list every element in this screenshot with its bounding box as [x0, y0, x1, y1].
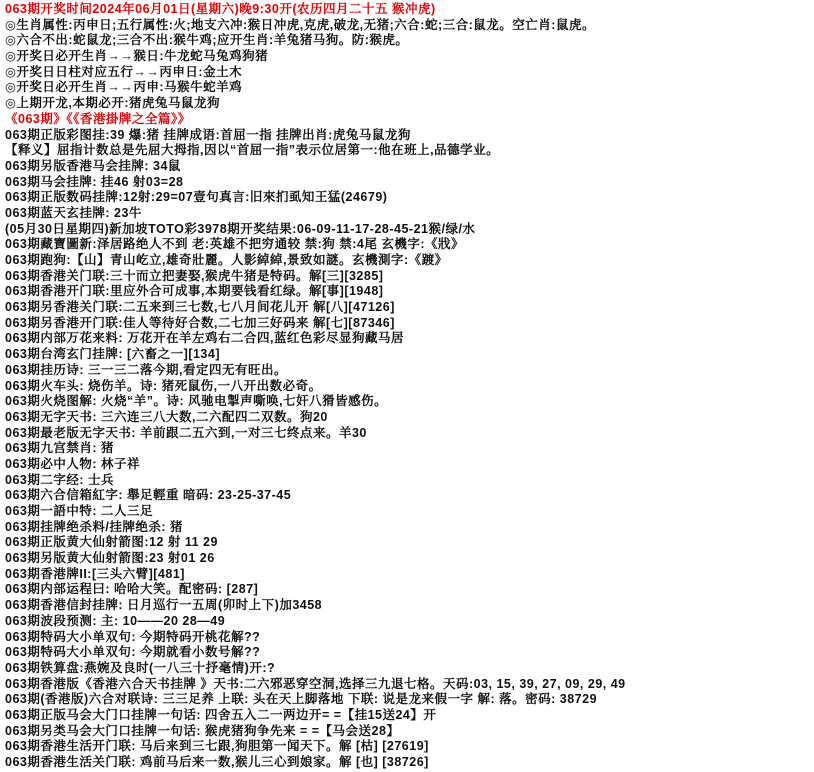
text-line: 063期香港版《香港六合天书挂牌 》天书:二六邪恶穿空洞,选择三九退七格。天码:… — [5, 677, 814, 693]
text-line: 063期藏寶圖新:泽居路绝人不到 老:英雄不把穷通较 禁:狗 禁:4尾 玄機字:… — [5, 237, 814, 253]
text-line: 063期另版香港马会挂牌: 34鼠 — [5, 159, 814, 175]
text-line: 063期必中人物: 林子祥 — [5, 457, 814, 473]
text-line: 063期正版马会大门口挂牌一句话: 四舍五入二一两边开= =【挂15送24】开 — [5, 708, 814, 724]
text-line: 063期内部万花来料: 万花开在羊左鸡右二合四,蓝红色彩尽显狗藏马居 — [5, 331, 814, 347]
text-line: 063期九宫禁肖: 猪 — [5, 441, 814, 457]
text-line: 063期挂牌绝杀料/挂牌绝杀: 猪 — [5, 520, 814, 536]
text-line: 063期正版彩图挂:39 爆:猪 挂牌成语:首屈一指 挂牌出肖:虎兔马鼠龙狗 — [5, 128, 814, 144]
text-line: 063期台湾玄门挂牌: [六畜之一][134] — [5, 347, 814, 363]
text-line: 063期无字天书: 三六连三八大数,二六配四二双数。狗20 — [5, 410, 814, 426]
text-line: ◎开奖日必开生肖→→丙申:马猴牛蛇羊鸡 — [5, 80, 814, 96]
text-line: 063期另版黄大仙射箭图:23 射01 26 — [5, 551, 814, 567]
text-line: ◎开奖日必开生肖→→猴日:牛龙蛇马兔鸡狗猪 — [5, 49, 814, 65]
text-line: 【释义】屈指计数总是先屈大拇指,因以“首屈一指”表示位居第一:他在班上,品德学业… — [5, 143, 814, 159]
text-line: 063期另香港关门联:二五来到三七数,七八月间花儿开 解[八][47126] — [5, 300, 814, 316]
text-line: 063期正版黄大仙射箭图:12 射 11 29 — [5, 535, 814, 551]
text-line: 063期二字经: 士兵 — [5, 473, 814, 489]
text-line: 063期正版数码挂牌:12射:29=07壹句真言:旧來扪虱知王猛(24679) — [5, 190, 814, 206]
text-line: 063期跑狗:【山】青山屹立,雄奇壯麗。人影綽綽,景致如謎。玄機測字:《踱》 — [5, 253, 814, 269]
text-line: 063期特码大小单双句: 今期就看小数号解?? — [5, 645, 814, 661]
lottery-info-document: 063期开奖时间2024年06月01日(星期六)晚9:30开(农历四月二十五 猴… — [0, 0, 814, 772]
text-line: 063期马会挂牌: 挂46 射03=28 — [5, 175, 814, 191]
text-line: 063期蓝天玄挂牌: 23牛 — [5, 206, 814, 222]
text-line: 063期香港信封挂牌: 日月巡行一五周(卯时上下)加3458 — [5, 598, 814, 614]
text-line: ◎生肖属性:丙申日;五行属性:火;地支六冲:猴日冲虎,克虎,破龙,无猪;六合:蛇… — [5, 18, 814, 34]
text-line: 063期波段预测: 主: 10——20 28—49 — [5, 614, 814, 630]
text-line: 063期香港生活关门联: 鸡前马后来一数,猴儿三心到娘家。解 [也] [3872… — [5, 755, 814, 771]
text-line: 063期内部运程曰: 哈哈大笑。配密码: [287] — [5, 582, 814, 598]
text-line: 063期铁算盘:燕婉及良时(一八三十抒毫情)开:? — [5, 661, 814, 677]
text-line: 063期最老版无字天书: 羊前跟二五六到,一对三七终点来。羊30 — [5, 426, 814, 442]
text-line: 063期一語中特: 二人三足 — [5, 504, 814, 520]
text-line: ◎开奖日日柱对应五行→→丙申日:金土木 — [5, 65, 814, 81]
text-line: 063期挂历诗: 三一三二落今期,看定四无有旺出。 — [5, 363, 814, 379]
text-line: 063期六合信箱紅字: 舉足輕重 暗码: 23-25-37-45 — [5, 488, 814, 504]
text-line: 063期香港牌II:[三头六臂][481] — [5, 567, 814, 583]
text-line: 063期另香港开门联:佳人等待好合数,二七加三好码来 解[七][87346] — [5, 316, 814, 332]
text-line: 063期香港关门联:三十而立把妻娶,猴虎牛猪是特码。解[三][3285] — [5, 269, 814, 285]
highlight-text-line: 063期开奖时间2024年06月01日(星期六)晚9:30开(农历四月二十五 猴… — [5, 2, 814, 18]
highlight-text-line: 《063期》《《香港掛牌之全篇》》 — [5, 112, 814, 128]
text-line: ◎上期开龙,本期必开:猪虎兔马鼠龙狗 — [5, 96, 814, 112]
text-line: ◎六合不出:蛇鼠龙;三合不出:猴牛鸡;应开生肖:羊兔猪马狗。防:猴虎。 — [5, 33, 814, 49]
text-line: 063期香港开门联:里应外合可成事,本期要钱看红绿。解[事][1948] — [5, 284, 814, 300]
text-line: 063期另类马会大门口挂牌一句话: 猴虎猪狗争先来 = =【马会送28】 — [5, 724, 814, 740]
text-line: 063期火烧图解: 火烧“羊”。诗: 风驰电掣声嘶唤,七奸八猾皆感伤。 — [5, 394, 814, 410]
text-line: (05月30日星期四)新加坡TOTO彩3978期开奖结果:06-09-11-17… — [5, 222, 814, 238]
text-line: 063期火车头: 烧伤羊。诗: 猪死鼠伤,一八开出数必奇。 — [5, 379, 814, 395]
text-line: 063期特码大小单双句: 今期特码开桃花解?? — [5, 630, 814, 646]
text-line: 063期香港生活开门联: 马后来到三七跟,狗胆第一闻天下。解 [枯] [2761… — [5, 739, 814, 755]
text-line: 063期(香港版)六合对联诗: 三三足养 上联: 头在天上脚落地 下联: 说是龙… — [5, 692, 814, 708]
